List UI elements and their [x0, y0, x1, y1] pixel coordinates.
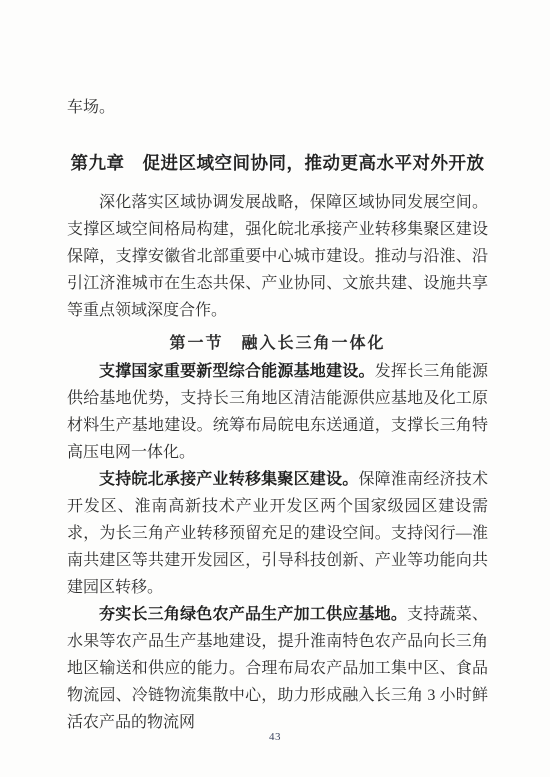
paragraph-energy-base: 支撑国家重要新型综合能源基地建设。发挥长三角能源供给基地优势，支持长三角地区清洁…	[67, 358, 488, 466]
continuation-text: 车场。	[67, 94, 488, 121]
paragraph-lead: 支持皖北承接产业转移集聚区建设。	[99, 471, 358, 488]
section-title: 第一节 融入长三角一体化	[67, 331, 488, 356]
paragraph-agri-products: 夯实长三角绿色农产品生产加工供应基地。支持蔬菜、水果等农产品生产基地建设，提升淮…	[67, 601, 488, 736]
paragraph-body: 保障淮南经济技术开发区、淮南高新技术产业开发区两个国家级园区建设需求，为长三角产…	[67, 471, 488, 596]
intro-paragraph: 深化落实区域协调发展战略，保障区域协同发展空间。支撑区域空间格局构建，强化皖北承…	[67, 189, 488, 324]
paragraph-industry-transfer: 支持皖北承接产业转移集聚区建设。保障淮南经济技术开发区、淮南高新技术产业开发区两…	[67, 466, 488, 601]
paragraph-body: 支持蔬菜、水果等农产品生产基地建设，提升淮南特色农产品向长三角地区输送和供应的能…	[67, 606, 488, 731]
paragraph-lead: 夯实长三角绿色农产品生产加工供应基地。	[99, 606, 407, 623]
chapter-title: 第九章 促进区域空间协同，推动更高水平对外开放	[67, 151, 488, 175]
page-number: 43	[0, 730, 550, 744]
paragraph-lead: 支撑国家重要新型综合能源基地建设。	[99, 363, 375, 380]
document-page: 车场。 第九章 促进区域空间协同，推动更高水平对外开放 深化落实区域协调发展战略…	[0, 0, 550, 777]
